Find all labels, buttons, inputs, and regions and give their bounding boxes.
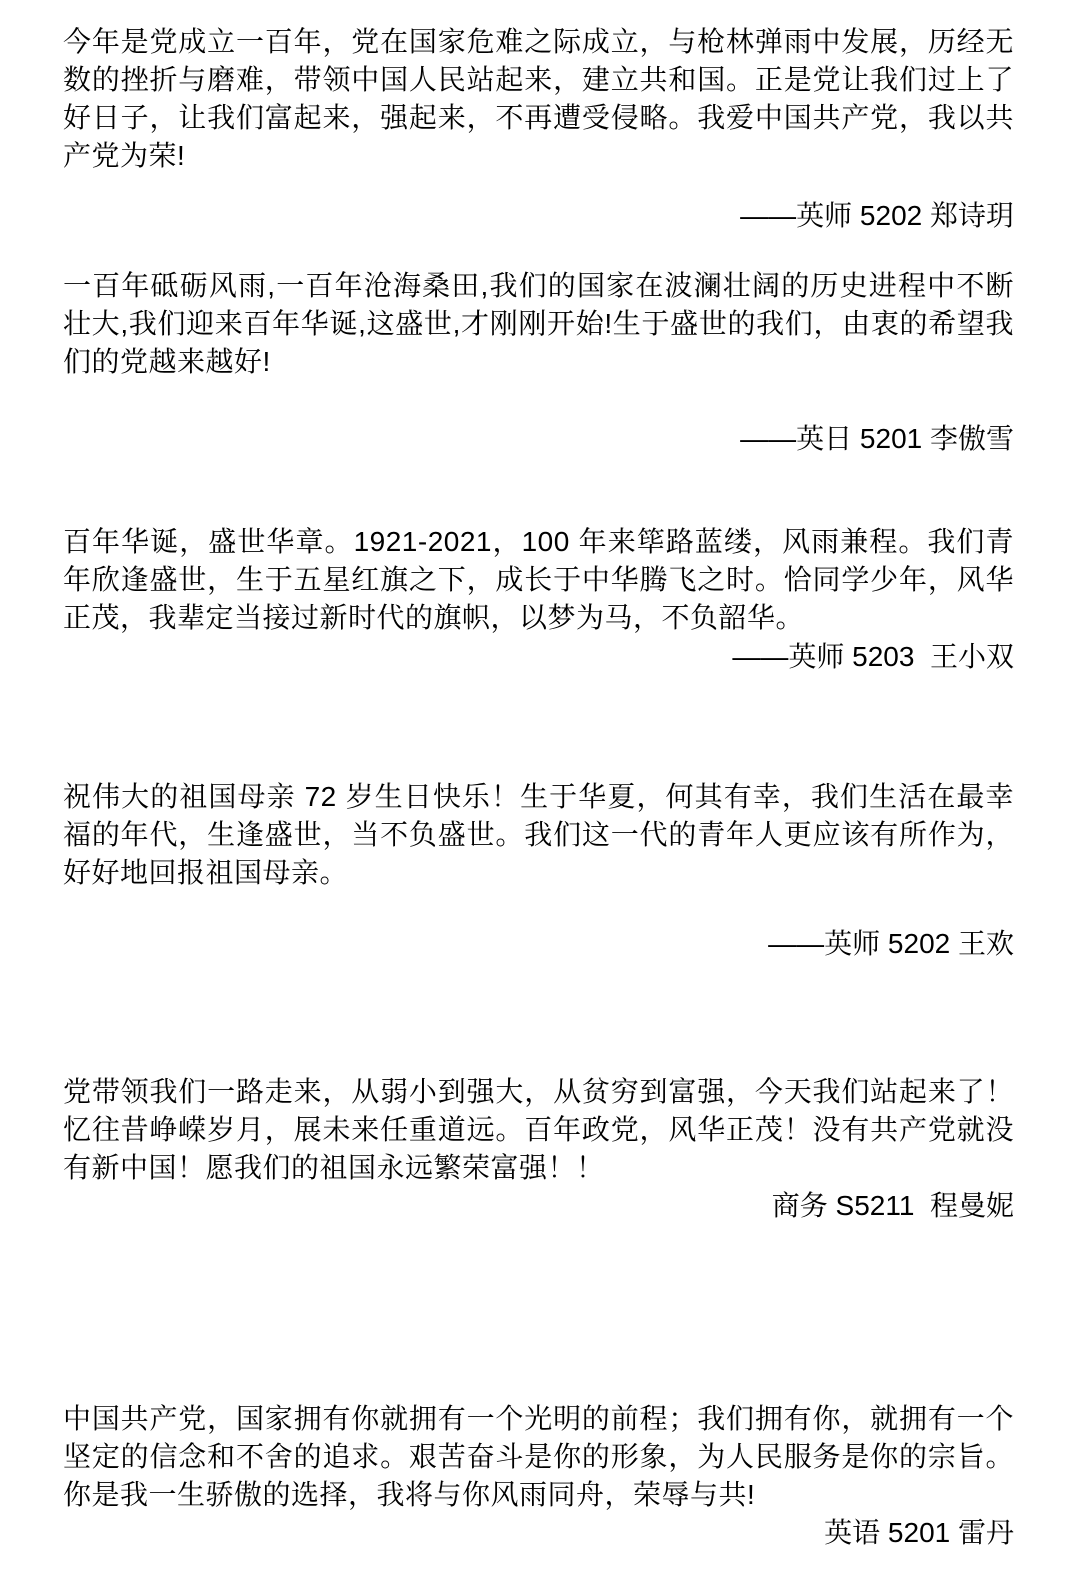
message-block-1: 今年是党成立一百年，党在国家危难之际成立，与枪林弹雨中发展，历经无数的挫折与磨难…: [63, 23, 1014, 235]
message-block-6: 中国共产党，国家拥有你就拥有一个光明的前程；我们拥有你，就拥有一个坚定的信念和不…: [63, 1400, 1014, 1552]
message-attribution: ——英师 5202 王欢: [63, 925, 1014, 963]
message-text: 百年华诞，盛世华章。1921-2021，100 年来筚路蓝缕，风雨兼程。我们青年…: [63, 523, 1014, 637]
message-attribution: ——英师 5203 王小双: [63, 638, 1014, 676]
message-block-2: 一百年砥砺风雨,一百年沧海桑田,我们的国家在波澜壮阔的历史进程中不断壮大,我们迎…: [63, 267, 1014, 458]
message-text: 今年是党成立一百年，党在国家危难之际成立，与枪林弹雨中发展，历经无数的挫折与磨难…: [63, 23, 1014, 175]
message-block-5: 党带领我们一路走来，从弱小到强大，从贫穷到富强，今天我们站起来了！忆往昔峥嵘岁月…: [63, 1073, 1014, 1225]
message-block-3: 百年华诞，盛世华章。1921-2021，100 年来筚路蓝缕，风雨兼程。我们青年…: [63, 523, 1014, 676]
document-page: 今年是党成立一百年，党在国家危难之际成立，与枪林弹雨中发展，历经无数的挫折与磨难…: [0, 0, 1080, 1579]
message-attribution: 英语 5201 雷丹: [63, 1514, 1014, 1552]
message-attribution: ——英日 5201 李傲雪: [63, 420, 1014, 458]
message-attribution: 商务 S5211 程曼妮: [63, 1187, 1014, 1225]
message-text: 祝伟大的祖国母亲 72 岁生日快乐！生于华夏，何其有幸，我们生活在最幸福的年代，…: [63, 778, 1014, 892]
message-text: 中国共产党，国家拥有你就拥有一个光明的前程；我们拥有你，就拥有一个坚定的信念和不…: [63, 1400, 1014, 1514]
message-text: 一百年砥砺风雨,一百年沧海桑田,我们的国家在波澜壮阔的历史进程中不断壮大,我们迎…: [63, 267, 1014, 381]
message-text: 党带领我们一路走来，从弱小到强大，从贫穷到富强，今天我们站起来了！忆往昔峥嵘岁月…: [63, 1073, 1014, 1187]
message-attribution: ——英师 5202 郑诗玥: [63, 197, 1014, 235]
message-block-4: 祝伟大的祖国母亲 72 岁生日快乐！生于华夏，何其有幸，我们生活在最幸福的年代，…: [63, 778, 1014, 963]
